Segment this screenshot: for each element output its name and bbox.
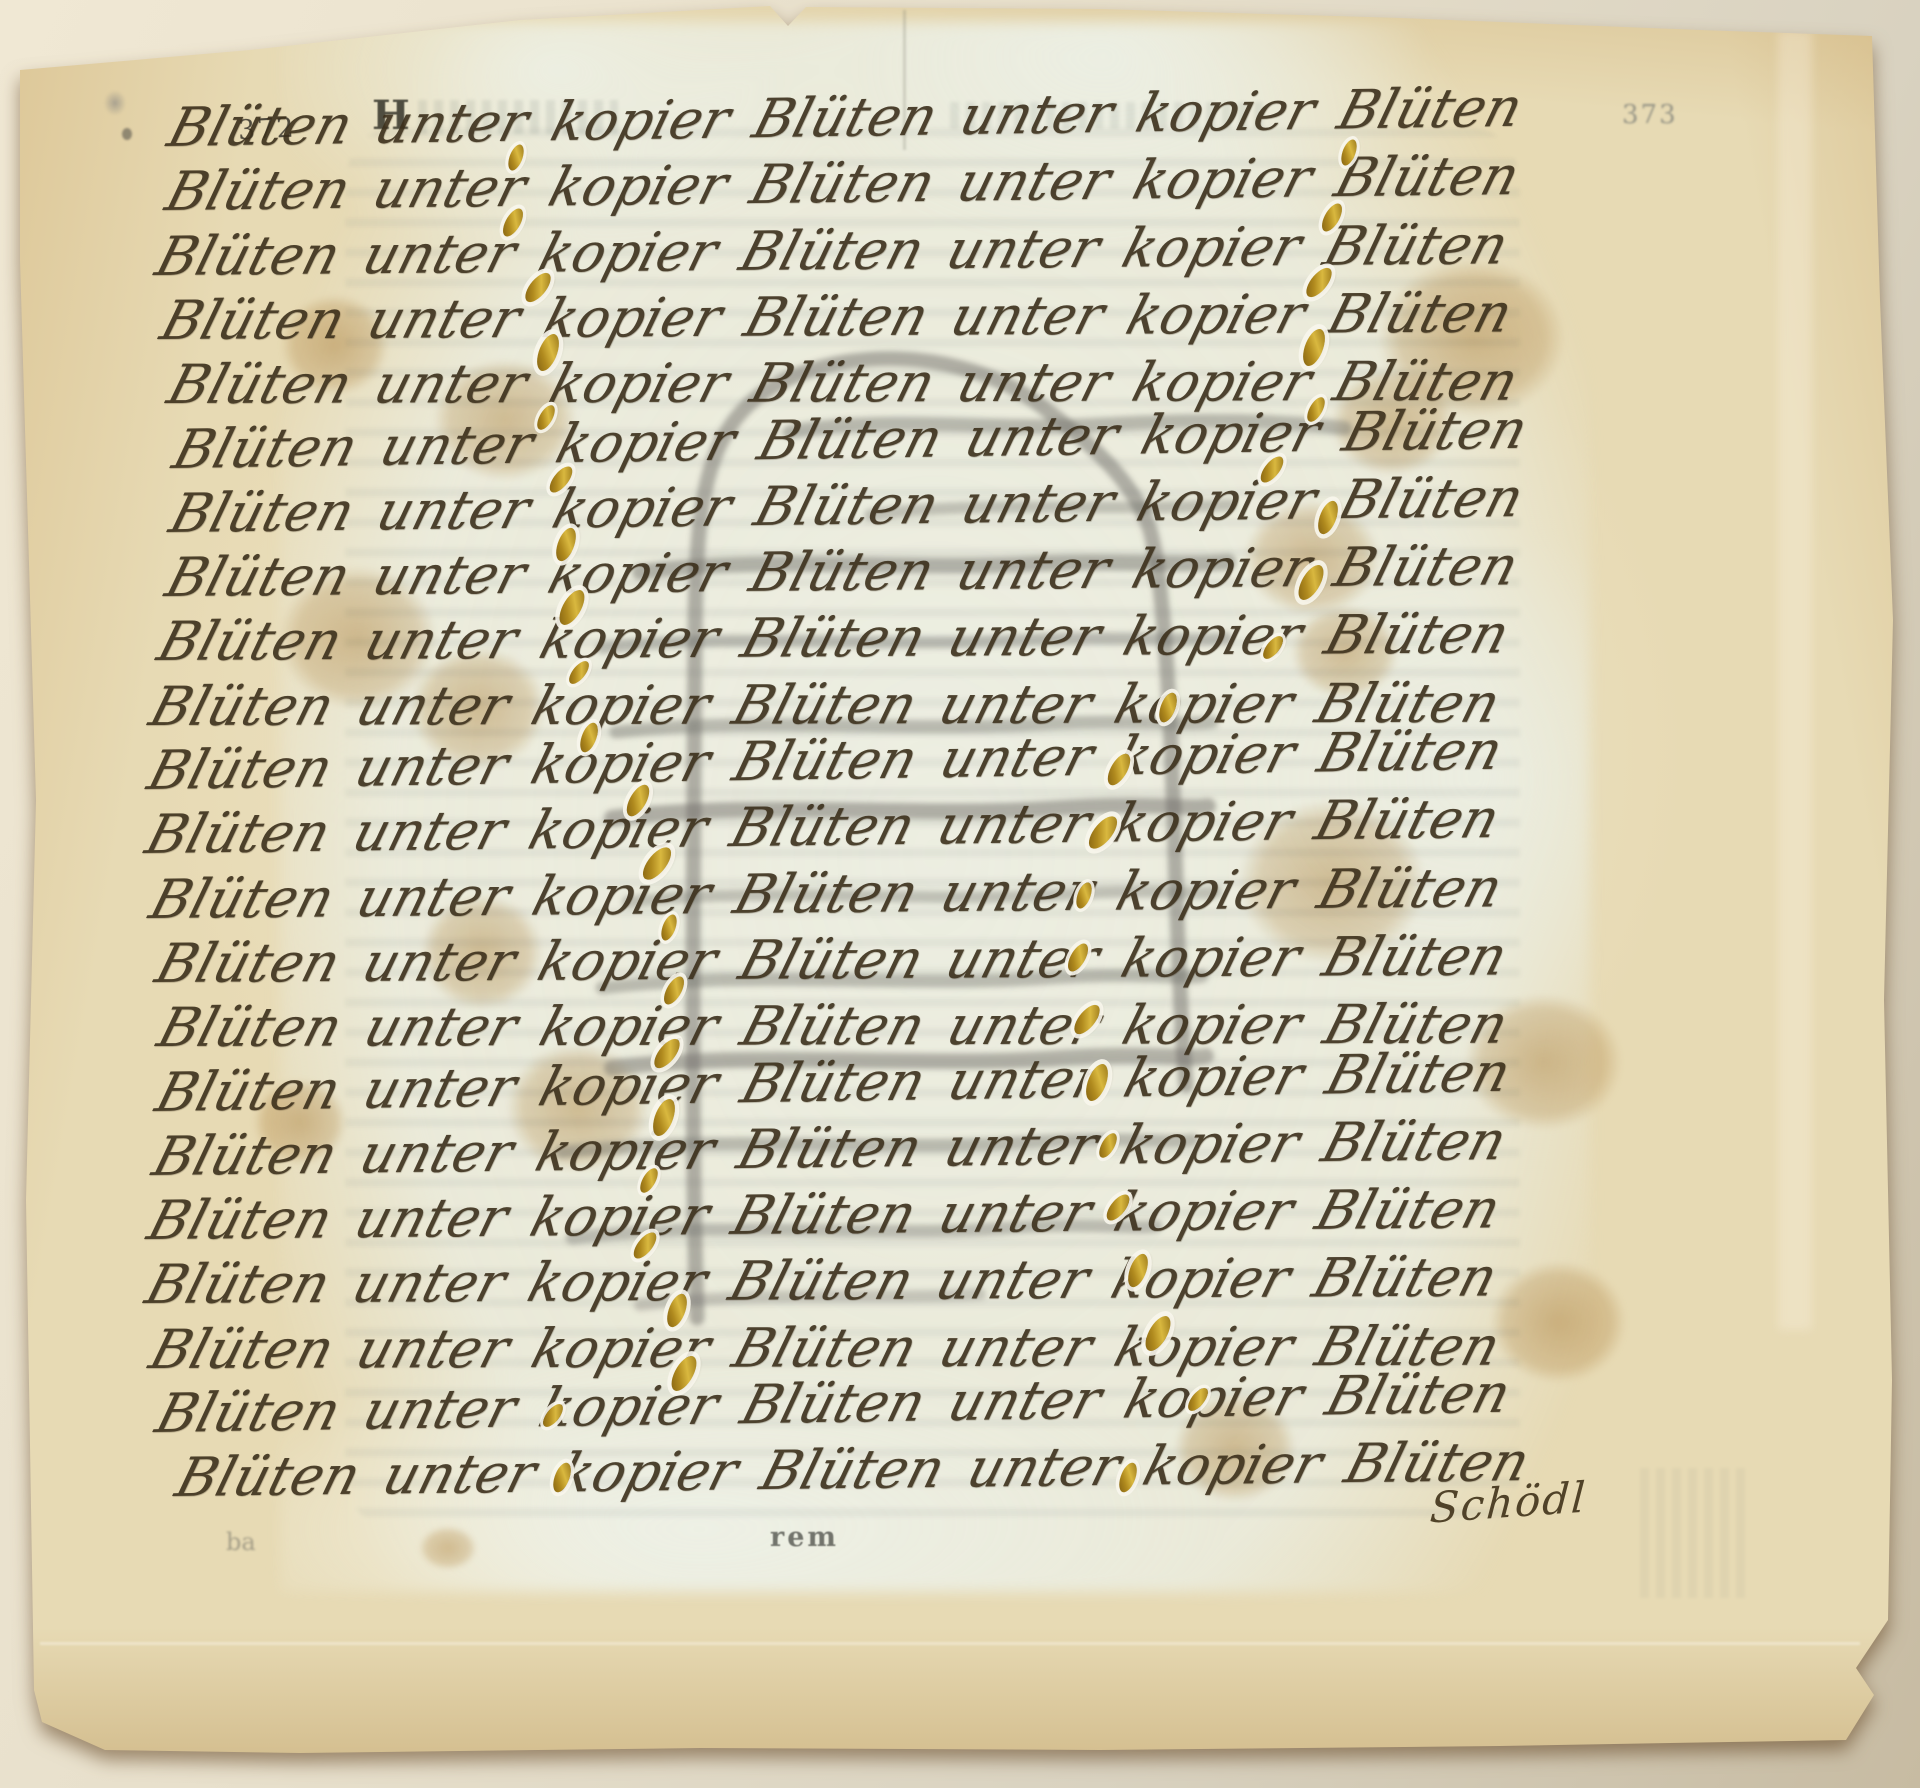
damage-spot xyxy=(100,86,130,120)
gold-leaf-dab xyxy=(555,585,590,630)
gold-leaf-dab xyxy=(1318,200,1346,236)
gold-leaf-dab xyxy=(1338,137,1360,169)
printed-header-fragment: H xyxy=(372,92,410,139)
handwriting-line: Blüten unter kopier Blüten unter kopier … xyxy=(166,397,1534,480)
artist-signature: Schödl xyxy=(1428,1472,1588,1532)
gold-leaf-dab xyxy=(1073,880,1095,912)
gold-leaf-dab xyxy=(1294,560,1329,605)
printed-bottom-left-fragment: ba xyxy=(226,1528,256,1556)
top-center-crease xyxy=(903,10,906,150)
gold-leaf-dab xyxy=(533,330,564,375)
handwriting-line: Blüten unter kopier Blüten unter kopier … xyxy=(151,603,1516,674)
ink-fleck xyxy=(122,128,132,140)
gold-leaf-dab xyxy=(1082,1060,1113,1105)
handwriting-line: Blüten unter kopier Blüten unter kopier … xyxy=(151,993,1515,1059)
printed-text-ghost xyxy=(345,128,1520,1528)
handwriting-line: Blüten unter kopier Blüten unter kopier … xyxy=(143,1314,1507,1380)
gold-leaf-dab xyxy=(663,1290,691,1331)
pressed-flower-stain xyxy=(408,1518,488,1578)
gold-leaf-dab xyxy=(1084,811,1121,854)
printed-bottom-fragment: rem xyxy=(770,1522,839,1553)
gold-leaf-dab xyxy=(552,524,580,565)
gold-leaf-dab xyxy=(660,973,688,1009)
gold-leaf-dab xyxy=(630,1228,660,1263)
gold-leaf-dab xyxy=(1103,1190,1133,1225)
gold-leaf-dab xyxy=(1299,325,1330,370)
handwriting-line: Blüten unter kopier Blüten unter kopier … xyxy=(149,1362,1517,1445)
photo-backdrop: { "scene": { "description": "Photograph … xyxy=(0,0,1920,1788)
gold-leaf-dab xyxy=(521,268,555,307)
gold-leaf-dab xyxy=(1156,689,1181,725)
handwriting-line: Blüten unter kopier Blüten unter kopier … xyxy=(143,671,1507,737)
graphite-drawing xyxy=(0,0,1920,1788)
gold-leaf-dab xyxy=(1096,1130,1120,1161)
page-number-right: 373 xyxy=(1622,100,1678,130)
printed-ghost-under-signature xyxy=(1640,1468,1750,1598)
gold-leaf-dab xyxy=(622,780,653,820)
handwriting-line: Blüten unter kopier Blüten unter kopier … xyxy=(141,719,1509,802)
pressed-flower-stain xyxy=(1463,1237,1653,1407)
gold-leaf-dab xyxy=(1302,263,1336,302)
gold-leaf-dab xyxy=(1304,394,1328,425)
gold-leaf-dab xyxy=(637,1165,661,1196)
gold-leaf-dab xyxy=(546,462,576,497)
gold-leaf-dab xyxy=(638,842,675,885)
printed-header-ghost-right xyxy=(950,102,1270,129)
pressed-flower-stain xyxy=(1342,228,1602,448)
pressed-flower-stain xyxy=(397,872,567,1032)
underlying-page-edge xyxy=(1778,30,1812,1330)
pressed-flower-stain xyxy=(235,1062,365,1182)
gold-leaf-dab xyxy=(1185,1384,1211,1414)
pressed-flower-stain xyxy=(1307,347,1477,497)
gold-leaf-dab xyxy=(667,1351,702,1396)
gold-leaf-dab xyxy=(577,719,602,755)
pressed-flower-stain xyxy=(405,335,605,505)
gold-leaf-dab xyxy=(1314,497,1342,538)
pressed-flower-stain xyxy=(1202,767,1462,997)
gold-leaf-dab xyxy=(1124,1250,1152,1291)
handwriting-line: Blüten unter kopier Blüten unter kopier … xyxy=(159,144,1526,223)
gold-leaf-dab xyxy=(658,912,680,944)
gold-leaf-dab xyxy=(566,657,592,687)
pressed-flower-stain xyxy=(383,623,573,793)
gold-leaf-dab xyxy=(550,1459,575,1495)
printed-header-ghost-left xyxy=(418,100,618,134)
page-number-left: 372 xyxy=(237,113,296,147)
gold-leaf-dab xyxy=(505,142,527,174)
handwriting-line: Blüten unter kopier Blüten unter kopier … xyxy=(139,1246,1504,1317)
handwriting-line: Blüten unter kopier Blüten unter kopier … xyxy=(141,1177,1507,1252)
handwriting-text-block: Blüten unter kopier Blüten unter kopier … xyxy=(0,0,1920,1788)
gold-leaf-dab xyxy=(499,205,527,241)
pressed-flower-stain xyxy=(1150,1373,1320,1523)
gold-leaf-dab xyxy=(1103,749,1134,789)
handwriting-line: Blüten unter kopier Blüten unter kopier … xyxy=(149,924,1514,995)
gold-leaf-dab xyxy=(650,1034,684,1073)
gold-leaf-dab xyxy=(534,402,558,433)
gold-leaf-dab xyxy=(1064,940,1092,976)
manuscript-page: 372 373 H xyxy=(0,0,1920,1788)
gold-leaf-dab xyxy=(1257,452,1287,487)
horizontal-crease xyxy=(40,1642,1860,1645)
pressed-flower-stain xyxy=(1270,587,1420,717)
handwriting-line: Blüten unter kopier Blüten unter kopier … xyxy=(149,213,1515,288)
gold-leaf-dab xyxy=(1116,1459,1141,1495)
pressed-flower-stain xyxy=(1433,967,1653,1157)
manuscript-page-wrapper: 372 373 H xyxy=(0,0,1920,1788)
pressed-flower-stain xyxy=(260,275,410,415)
gold-leaf-dab xyxy=(1070,1000,1104,1039)
pressed-flower-stain xyxy=(248,538,468,738)
gold-leaf-dab xyxy=(1141,1311,1176,1356)
gold-leaf-dab xyxy=(1260,632,1286,662)
handwriting-line: Blüten unter kopier Blüten unter kopier … xyxy=(146,1109,1513,1188)
handwriting-line: Blüten unter kopier Blüten unter kopier … xyxy=(149,1040,1517,1123)
handwriting-line: Blüten unter kopier Blüten unter kopier … xyxy=(143,856,1509,931)
handwriting-line: Blüten unter kopier Blüten unter kopier … xyxy=(139,787,1506,866)
pressed-flower-stain xyxy=(1217,478,1407,638)
handwriting-line: Blüten unter kopier Blüten unter kopier … xyxy=(161,76,1529,159)
gold-leaf-dab xyxy=(649,1095,680,1140)
gold-leaf-dab xyxy=(540,1400,566,1430)
handwriting-line: Blüten unter kopier Blüten unter kopier … xyxy=(169,1430,1536,1509)
gouache-overlay xyxy=(280,22,1590,1592)
